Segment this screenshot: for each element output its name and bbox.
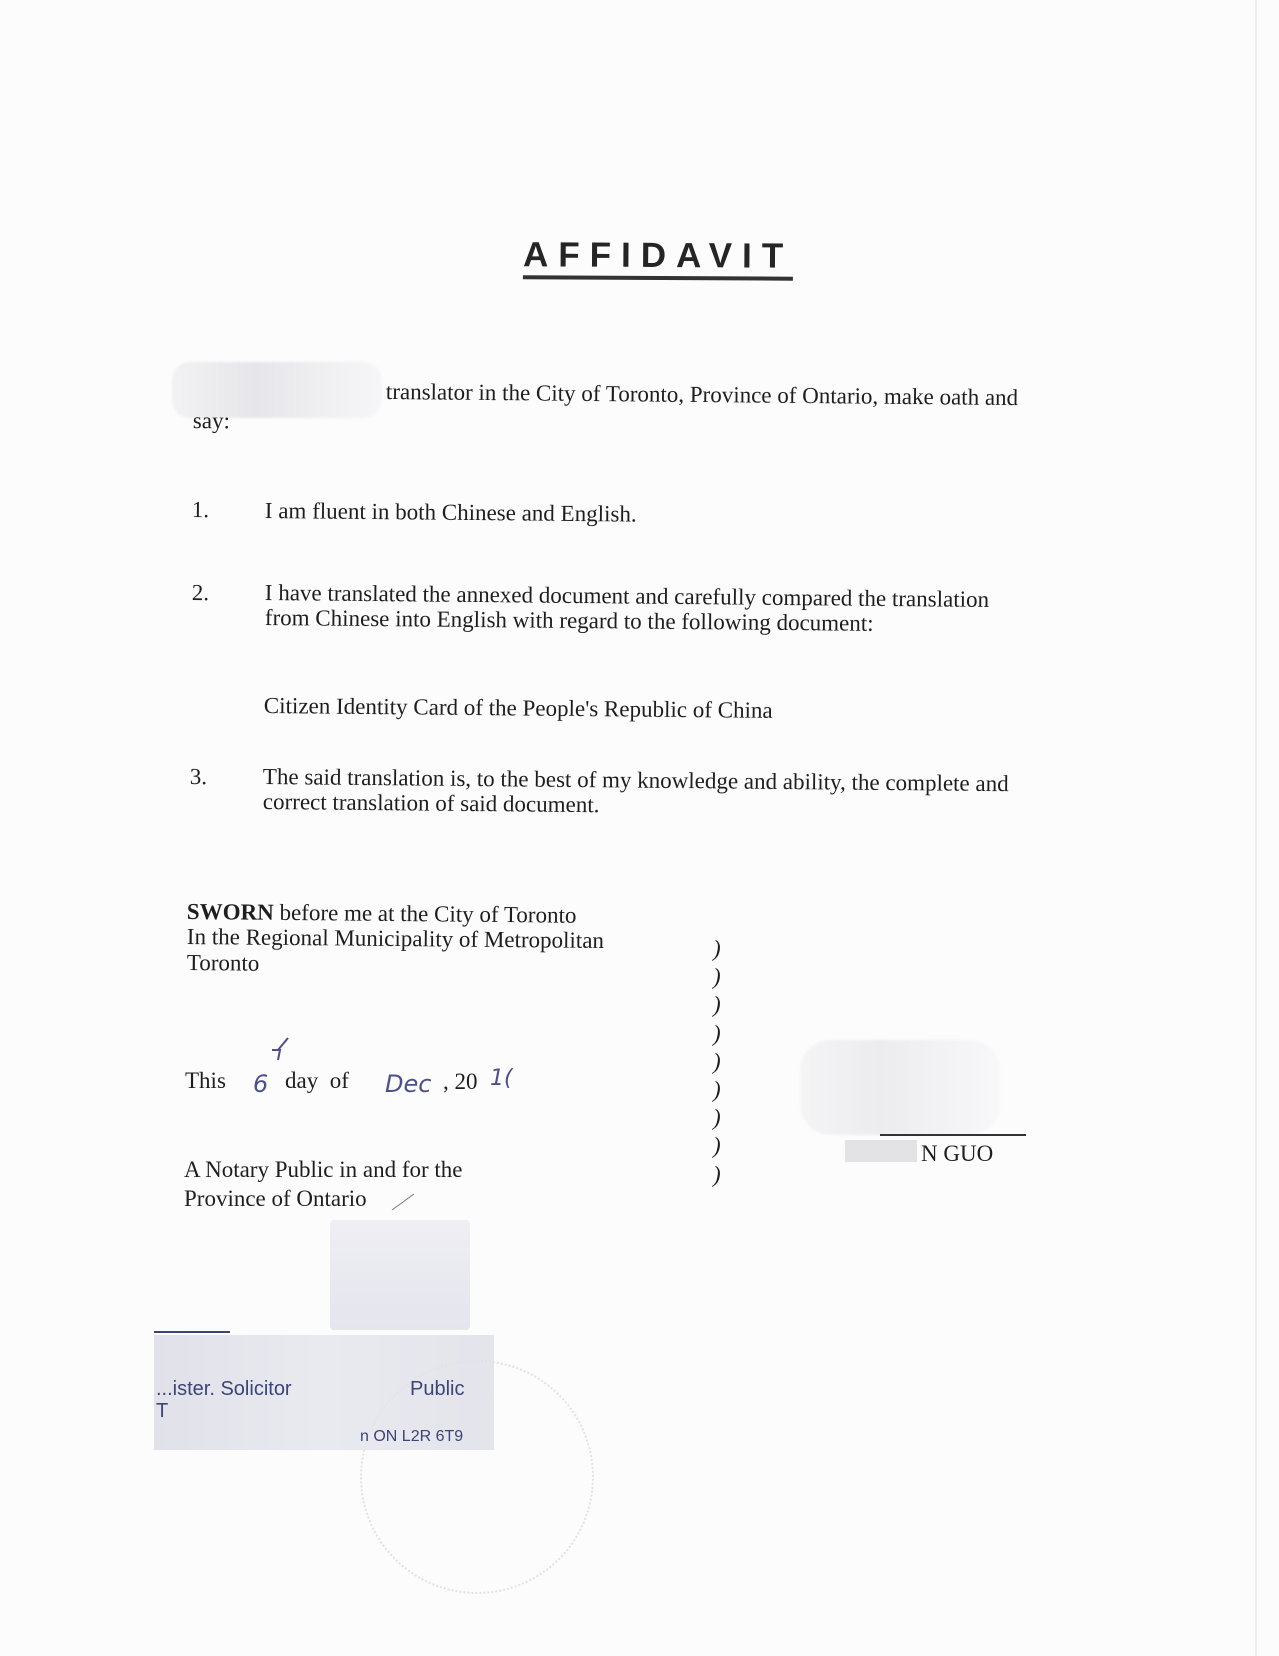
sworn-line-2: In the Regional Municipality of Metropol… [187, 924, 604, 954]
signature-line [880, 1134, 1026, 1136]
stamp-line [154, 1331, 230, 1333]
document-title: AFFIDAVIT [523, 237, 793, 280]
item-number-3: 3. [190, 764, 207, 790]
signatory-name: N GUO [921, 1141, 993, 1167]
item-1-text: I am fluent in both Chinese and English. [265, 498, 637, 528]
date-day-of: day of [285, 1068, 349, 1094]
stamp-line-1-right: Public [410, 1378, 464, 1401]
sworn-line-1-rest: before me at the City of Toronto [274, 900, 577, 928]
page-edge [1255, 0, 1257, 1656]
handwritten-year: 1( [490, 1066, 513, 1091]
redacted-stamp [330, 1220, 470, 1330]
document-name: Citizen Identity Card of the People's Re… [264, 693, 773, 724]
handwritten-mark [268, 1036, 298, 1066]
sworn-bold: SWORN [187, 899, 274, 925]
stamp-line-3: n ON L2R 6T9 [360, 1428, 463, 1446]
handwritten-month: Dec [385, 1070, 431, 1098]
item-2-line-2: from Chinese into English with regard to… [265, 605, 874, 637]
notary-line-1: A Notary Public in and for the [184, 1157, 463, 1183]
redacted-name-signatory [845, 1140, 917, 1162]
handwritten-day: 6 [253, 1070, 268, 1098]
stamp-line-1-left: ...ister. Solicitor [156, 1378, 292, 1401]
parentheses-column: ) ) ) ) ) ) ) ) ) [713, 935, 721, 1189]
intro-line-1: translator in the City of Toronto, Provi… [386, 379, 1018, 411]
stamp-line-2: T [156, 1400, 168, 1423]
notary-line-2: Province of Ontario [184, 1186, 367, 1212]
item-number-2: 2. [192, 580, 209, 606]
intro-line-2: say: [193, 408, 230, 434]
date-this: This [185, 1068, 226, 1094]
redacted-signature [800, 1040, 1000, 1135]
sworn-line-3: Toronto [187, 950, 260, 977]
item-number-1: 1. [192, 497, 209, 523]
item-3-line-2: correct translation of said document. [263, 789, 600, 818]
date-year-prefix: , 20 [443, 1069, 478, 1095]
signature-stroke [390, 1190, 420, 1214]
